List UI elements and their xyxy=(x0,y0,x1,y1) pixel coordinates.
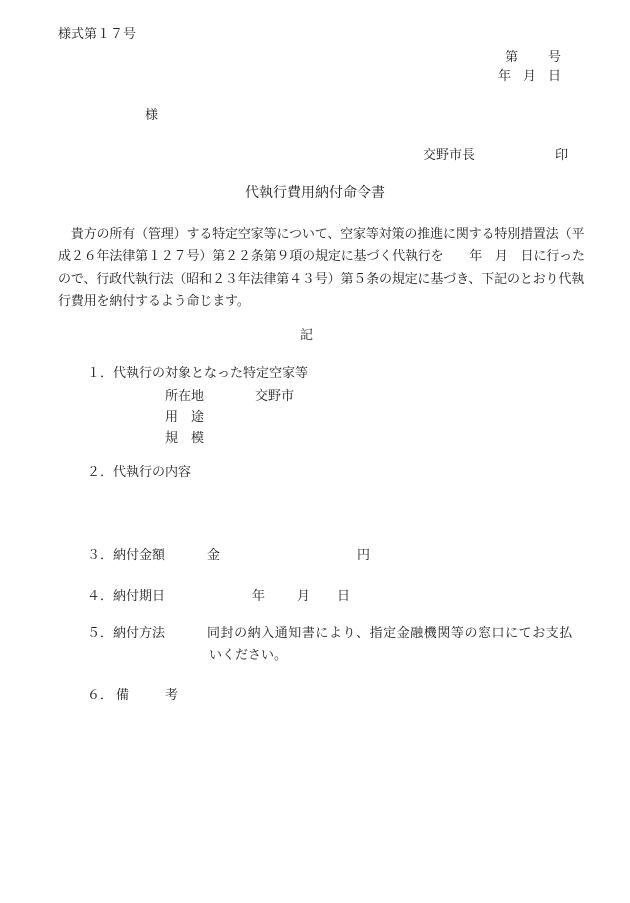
item6-label-first: 備 xyxy=(116,688,129,702)
body-paragraph-line-4: 行費用を納付するよう命じます。 xyxy=(58,294,250,308)
item6-number: ６． xyxy=(87,688,113,702)
document-page: 様式第１７号 第 号 年 月 日 様 交野市長 印 代執行費用納付命令書 貴方の… xyxy=(0,0,630,903)
item3-amount-unit: 円 xyxy=(357,548,370,562)
item3-amount-prefix: 金 xyxy=(207,548,220,562)
item4-month-label: 月 xyxy=(297,589,310,603)
item5-heading: ５．納付方法 xyxy=(87,626,165,640)
issuer-seal-mark: 印 xyxy=(555,148,568,162)
body-paragraph-line-3: ので、行政代執行法（昭和２３年法律第４３号）第５条の規定に基づき、下記のとおり代… xyxy=(58,272,584,286)
item6-label-last: 考 xyxy=(165,688,178,702)
item2-heading: ２．代執行の内容 xyxy=(87,465,191,479)
item5-method-line-2: いください。 xyxy=(209,648,287,662)
document-title: 代執行費用納付命令書 xyxy=(0,186,630,201)
item1-heading: １．代執行の対象となった特定空家等 xyxy=(87,366,308,380)
item4-heading: ４．納付期日 xyxy=(87,589,165,603)
issuer-name: 交野市長 xyxy=(423,148,475,162)
addressee-honorific: 様 xyxy=(145,108,158,122)
doc-number-prefix: 第 xyxy=(505,50,518,64)
form-number: 様式第１７号 xyxy=(58,27,136,41)
date-year-label: 年 xyxy=(498,69,511,83)
body-paragraph-line-1: 貴方の所有（管理）する特定空家等について、空家等対策の推進に関する特別措置法（平 xyxy=(58,227,584,241)
item4-day-label: 日 xyxy=(337,589,350,603)
item1-use-label: 用 途 xyxy=(165,410,204,424)
item1-location-value: 交野市 xyxy=(255,389,294,403)
item1-location-label: 所在地 xyxy=(165,389,204,403)
item5-method-line-1: 同封の納入通知書により、指定金融機関等の窓口にてお支払 xyxy=(207,626,573,640)
body-paragraph-line-2: 成２６年法律第１２７号）第２２条第９項の規定に基づく代執行を 年 月 日に行った xyxy=(58,249,585,263)
item4-year-label: 年 xyxy=(252,589,265,603)
doc-number-suffix: 号 xyxy=(548,50,561,64)
item1-scale-label: 規 模 xyxy=(165,431,204,445)
ki-marker: 記 xyxy=(0,328,613,342)
date-month-label: 月 xyxy=(523,69,536,83)
date-day-label: 日 xyxy=(548,69,561,83)
item3-heading: ３．納付金額 xyxy=(87,548,165,562)
